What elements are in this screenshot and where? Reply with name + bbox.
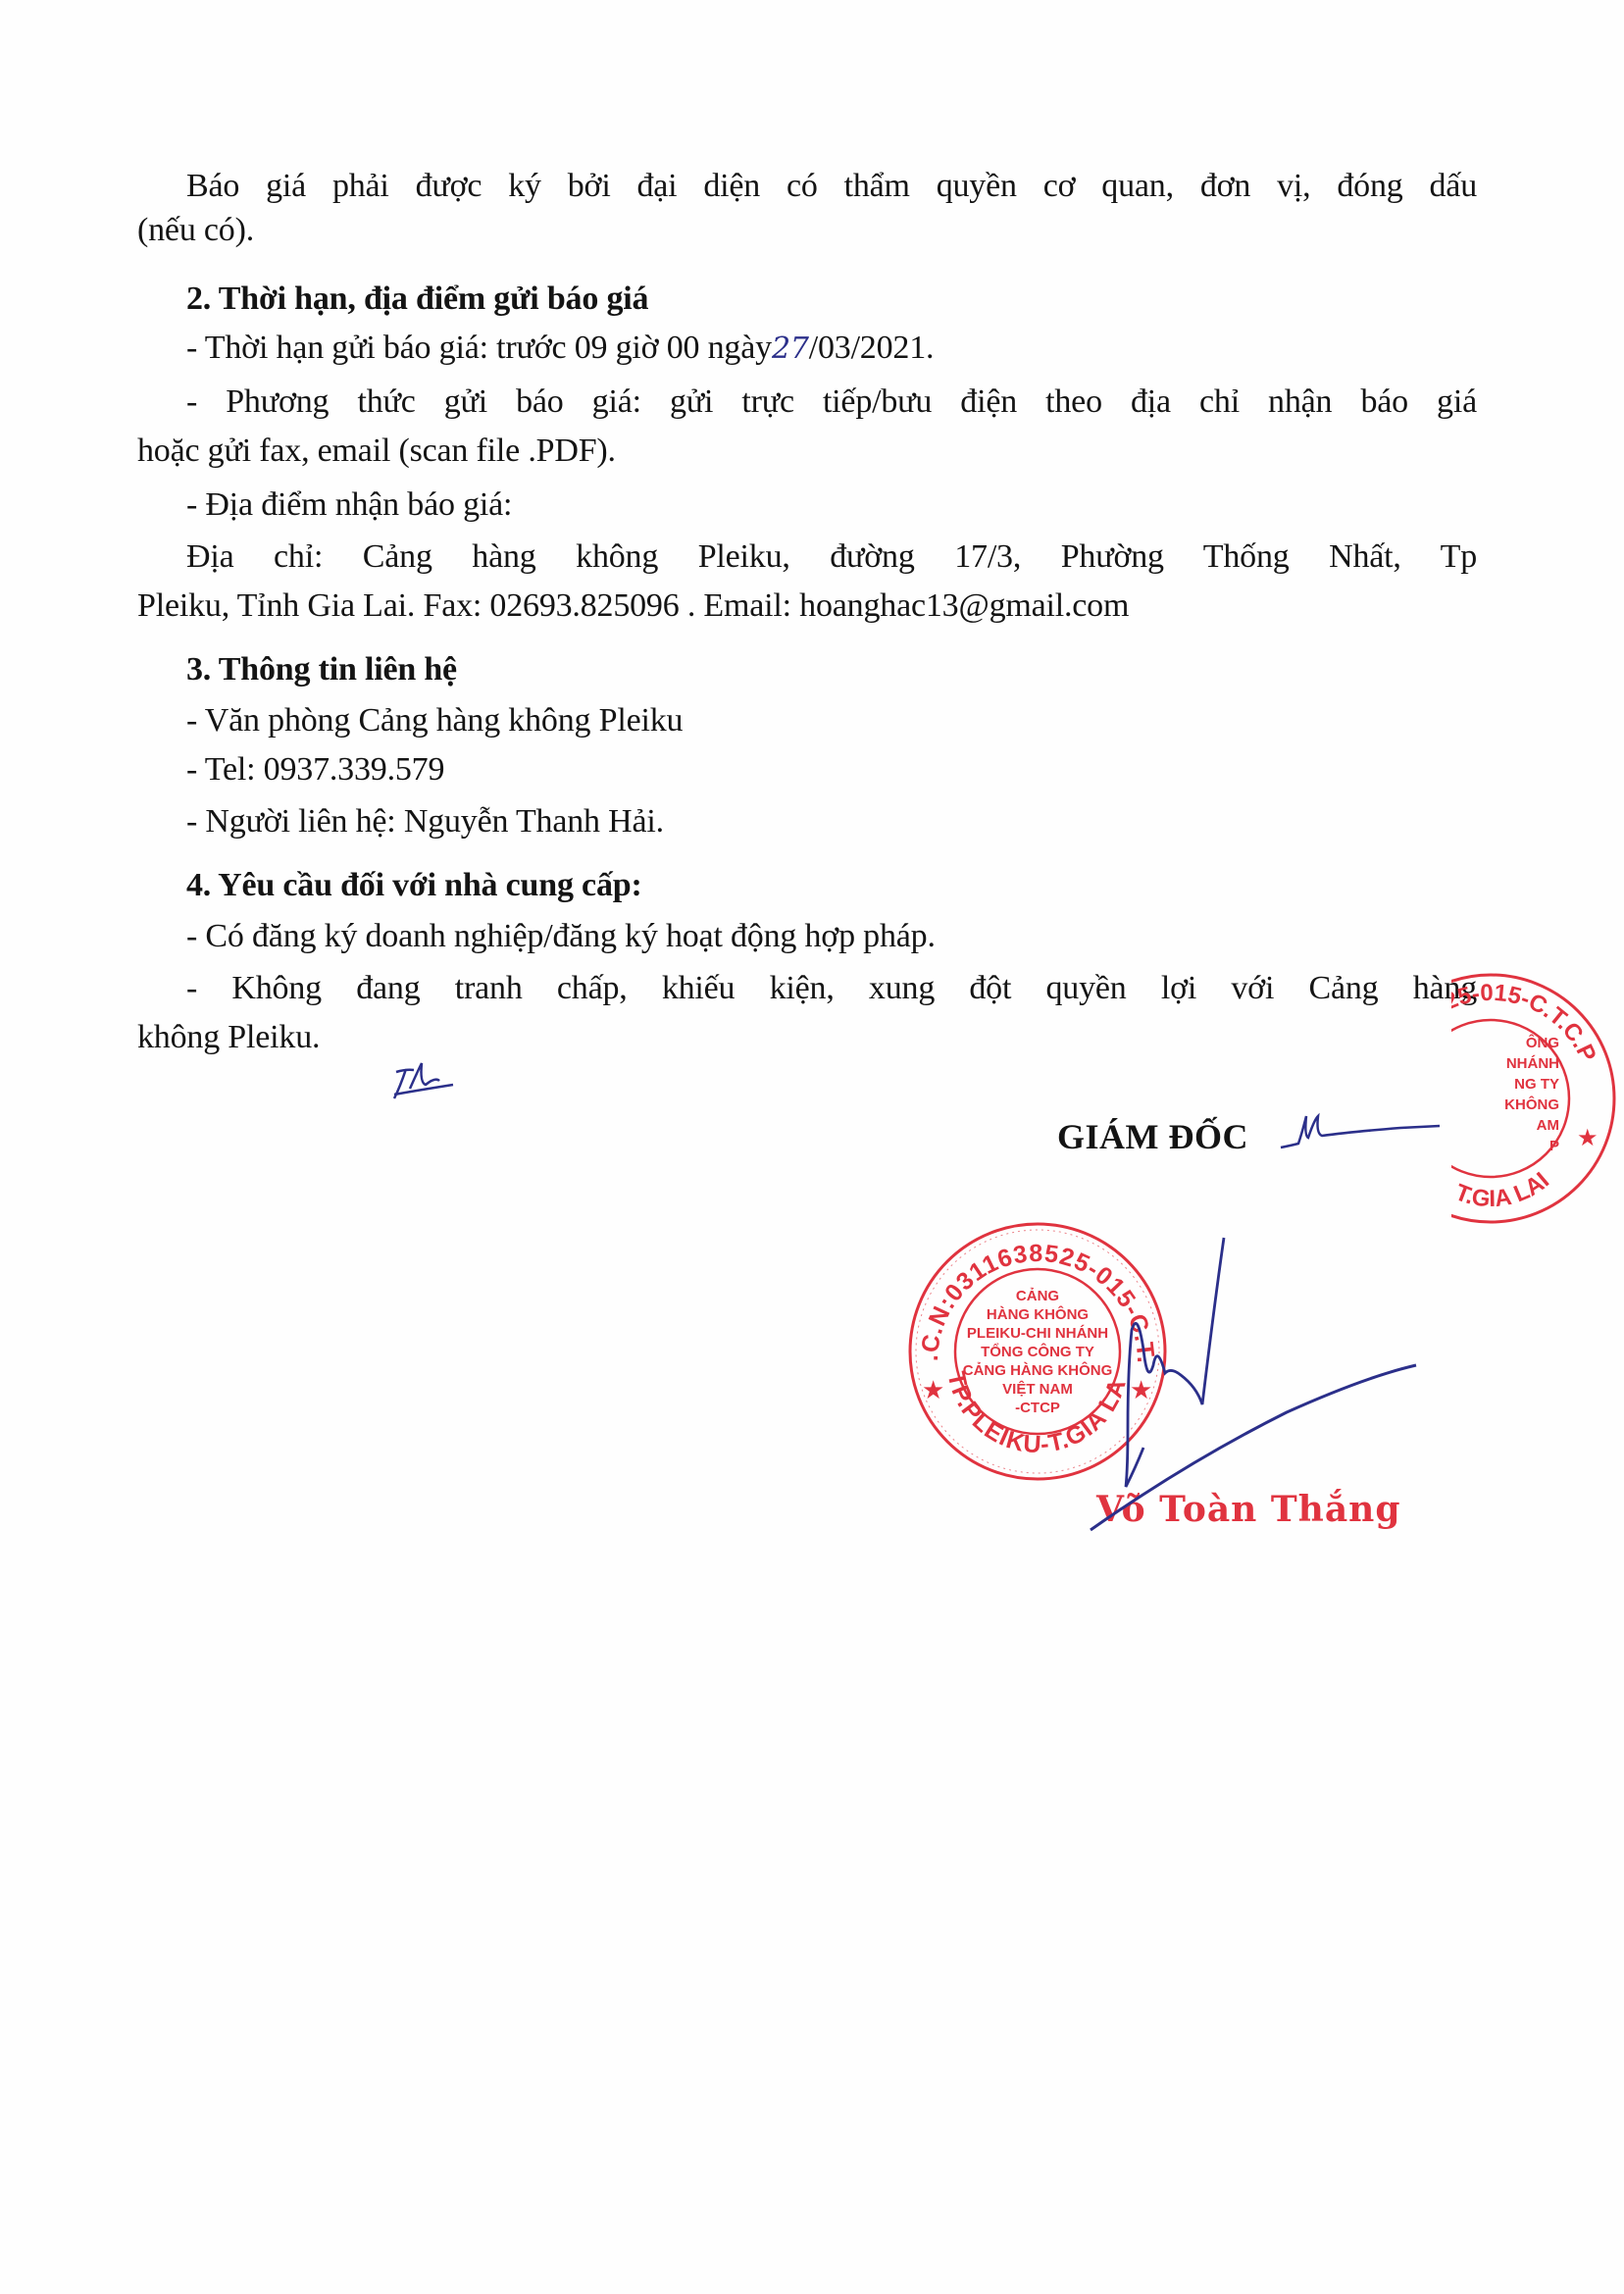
contact-office: - Văn phòng Cảng hàng không Pleiku — [186, 701, 683, 740]
star-icon-left: ★ — [922, 1376, 944, 1404]
contact-tel: - Tel: 0937.339.579 — [186, 750, 444, 790]
contact-person: - Người liên hệ: Nguyễn Thanh Hải. — [186, 802, 664, 841]
deadline-line: - Thời hạn gửi báo giá: trước 09 giờ 00 … — [186, 329, 934, 369]
partial-stamp-graphic: 25-015-C.T.C.P T.GIA LAI ★ ÔNGNHÁNHNG TY… — [1451, 971, 1618, 1226]
initial-mark-icon — [1281, 1116, 1440, 1147]
stamp-inner-line: -CTCP — [1015, 1400, 1060, 1416]
requirement-1: - Có đăng ký doanh nghiệp/đăng ký hoạt đ… — [186, 917, 936, 956]
partial-stamp-inner-line: ÔNG — [1526, 1034, 1559, 1051]
stamp-inner-line: TỔNG CÔNG TY — [981, 1343, 1094, 1360]
star-icon-partial: ★ — [1577, 1126, 1599, 1151]
section-3-heading: 3. Thông tin liên hệ — [186, 650, 457, 689]
signature-title: GIÁM ĐỐC — [1057, 1116, 1248, 1157]
partial-stamp: 25-015-C.T.C.P T.GIA LAI ★ ÔNGNHÁNHNG TY… — [1451, 966, 1624, 1231]
stamp-inner-line: HÀNG KHÔNG — [987, 1305, 1089, 1323]
deadline-suffix: /03/2021. — [809, 330, 935, 366]
stamp-graphic: M.S.C.N:0311638525-015-C.T.C.P TP.PLEIKU… — [900, 1214, 1175, 1489]
method-line-2: hoặc gửi fax, email (scan file .PDF). — [137, 432, 616, 471]
section-2-heading: 2. Thời hạn, địa điểm gửi báo giá — [186, 280, 648, 319]
section-4-heading: 4. Yêu cầu đối với nhà cung cấp: — [186, 866, 642, 905]
deadline-prefix: - Thời hạn gửi báo giá: trước 09 giờ 00 … — [186, 330, 772, 366]
document-page: Báo giá phải được ký bởi đại diện có thẩ… — [0, 0, 1624, 2294]
method-line-1: - Phương thức gửi báo giá: gửi trực tiếp… — [186, 382, 1477, 422]
intro-line-2: (nếu có). — [137, 211, 254, 250]
handwritten-day: 27 — [772, 331, 809, 366]
stamp-inner-line: CẢNG — [1016, 1288, 1059, 1304]
address-line-1: Địa chỉ: Cảng hàng không Pleiku, đường 1… — [186, 537, 1477, 577]
partial-stamp-inner-line: AM — [1537, 1117, 1559, 1134]
signer-name: Võ Toàn Thắng — [1096, 1489, 1401, 1530]
star-icon-right: ★ — [1130, 1376, 1152, 1404]
stamp-inner-text: CẢNGHÀNG KHÔNGPLEIKU-CHI NHÁNHTỔNG CÔNG … — [963, 1288, 1113, 1416]
partial-stamp-inner-line: NG TY — [1514, 1076, 1559, 1093]
partial-stamp-inner-line: NHÁNH — [1506, 1055, 1559, 1072]
requirement-2-line-2: không Pleiku. — [137, 1018, 320, 1057]
initial-mark-icon — [394, 1063, 453, 1098]
requirement-2-line-1: - Không đang tranh chấp, khiếu kiện, xun… — [186, 969, 1477, 1008]
official-stamp: M.S.C.N:0311638525-015-C.T.C.P TP.PLEIKU… — [900, 1214, 1175, 1489]
stamp-inner-line: CẢNG HÀNG KHÔNG — [963, 1361, 1113, 1379]
location-label: - Địa điểm nhận báo giá: — [186, 485, 512, 525]
intro-line-1: Báo giá phải được ký bởi đại diện có thẩ… — [186, 167, 1477, 206]
address-line-2: Pleiku, Tỉnh Gia Lai. Fax: 02693.825096 … — [137, 586, 1129, 626]
stamp-inner-line: PLEIKU-CHI NHÁNH — [967, 1325, 1108, 1342]
stamp-inner-line: VIỆT NAM — [1002, 1380, 1073, 1398]
partial-stamp-inner-line: P — [1549, 1138, 1559, 1154]
partial-stamp-inner-line: KHÔNG — [1504, 1096, 1559, 1113]
partial-stamp-inner-text: ÔNGNHÁNHNG TYKHÔNGAMP — [1504, 1034, 1559, 1154]
